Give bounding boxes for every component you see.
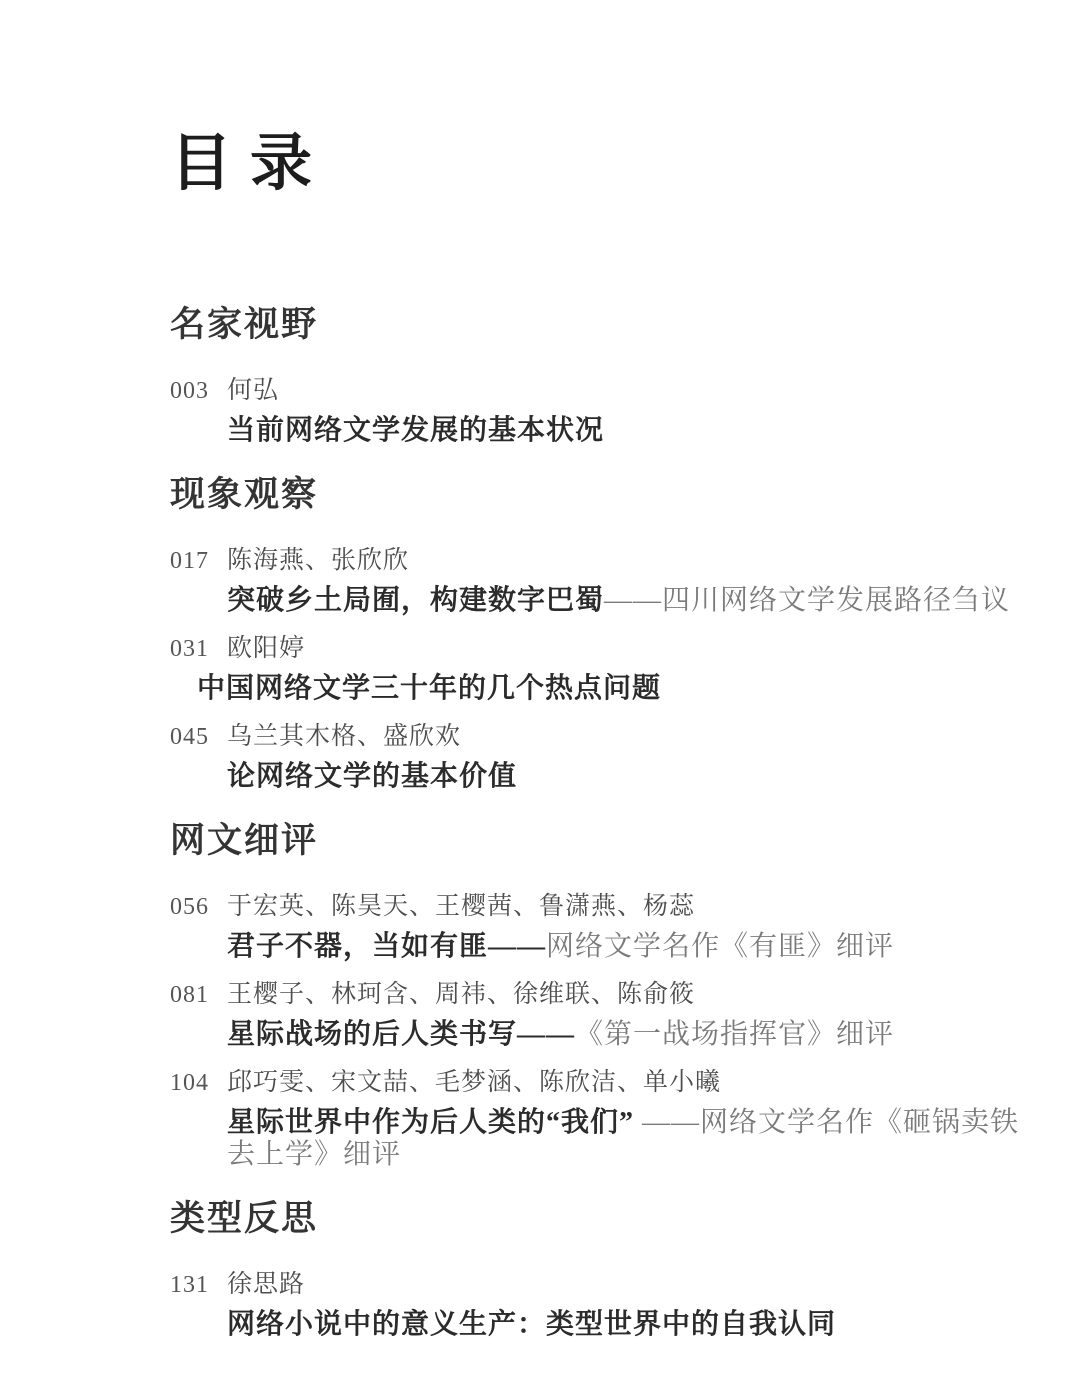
entry-title: 当前网络文学发展的基本状况 [170, 415, 1020, 447]
section-heading: 名家视野 [170, 305, 1020, 345]
toc-section-wangwen-xiping: 网文细评 056于宏英、陈昊天、王樱茜、鲁潇燕、杨蕊 君子不器，当如有匪——网络… [170, 821, 1020, 1171]
entry-head: 003何弘 [170, 376, 1020, 406]
toc-section-leixing-fansi: 类型反思 131徐思路 网络小说中的意义生产：类型世界中的自我认同 [170, 1199, 1020, 1341]
entry-page-number: 081 [170, 980, 227, 1010]
section-heading: 网文细评 [170, 821, 1020, 861]
entry-page-number: 017 [170, 546, 227, 576]
entry-title-main: 突破乡土局囿，构建数字巴蜀 [227, 585, 604, 616]
entry-title-main: 论网络文学的基本价值 [227, 761, 517, 792]
toc-page: 目录 名家视野 003何弘 当前网络文学发展的基本状况 现象观察 017陈海燕、… [0, 0, 1080, 1384]
section-heading: 类型反思 [170, 1199, 1020, 1239]
entry-title-subtitle: 网络文学名作《有匪》细评 [546, 931, 894, 962]
entry-page-number: 104 [170, 1068, 227, 1098]
entry-title: 星际世界中作为后人类的“我们” ——网络文学名作《砸锅卖铁去上学》细评 [170, 1107, 1020, 1171]
entry-authors: 王樱子、林珂含、周祎、徐维联、陈俞筱 [227, 981, 695, 1008]
entry-authors: 欧阳婷 [227, 635, 305, 662]
entry-page-number: 045 [170, 722, 227, 752]
toc-entry: 131徐思路 网络小说中的意义生产：类型世界中的自我认同 [170, 1270, 1020, 1341]
entry-title-main: 中国网络文学三十年的几个热点问题 [197, 673, 661, 704]
entry-title: 中国网络文学三十年的几个热点问题 [170, 673, 1020, 705]
page-title: 目录 [170, 128, 1020, 200]
entry-head: 081王樱子、林珂含、周祎、徐维联、陈俞筱 [170, 980, 1020, 1010]
entry-head: 056于宏英、陈昊天、王樱茜、鲁潇燕、杨蕊 [170, 892, 1020, 922]
entry-page-number: 003 [170, 376, 227, 406]
entry-title: 君子不器，当如有匪——网络文学名作《有匪》细评 [170, 931, 1020, 963]
entry-authors: 徐思路 [227, 1271, 305, 1298]
entry-page-number: 031 [170, 634, 227, 664]
entry-head: 031欧阳婷 [170, 634, 1020, 664]
toc-entry: 104邱巧雯、宋文喆、毛梦涵、陈欣洁、单小曦 星际世界中作为后人类的“我们” —… [170, 1068, 1020, 1171]
entry-title-main: 星际战场的后人类书写—— [227, 1019, 575, 1050]
entry-authors: 陈海燕、张欣欣 [227, 547, 409, 574]
entry-head: 045乌兰其木格、盛欣欢 [170, 722, 1020, 752]
entry-title-main: 网络小说中的意义生产：类型世界中的自我认同 [227, 1309, 836, 1340]
toc-entry: 017陈海燕、张欣欣 突破乡土局囿，构建数字巴蜀——四川网络文学发展路径刍议 [170, 546, 1020, 617]
toc-entry: 031欧阳婷 中国网络文学三十年的几个热点问题 [170, 634, 1020, 705]
toc-entry: 003何弘 当前网络文学发展的基本状况 [170, 376, 1020, 447]
entry-title: 星际战场的后人类书写——《第一战场指挥官》细评 [170, 1019, 1020, 1051]
entry-title-subtitle: ——四川网络文学发展路径刍议 [604, 585, 1010, 616]
entry-authors: 邱巧雯、宋文喆、毛梦涵、陈欣洁、单小曦 [227, 1069, 721, 1096]
entry-title-subtitle: 《第一战场指挥官》细评 [575, 1019, 894, 1050]
toc-entry: 045乌兰其木格、盛欣欢 论网络文学的基本价值 [170, 722, 1020, 793]
entry-head: 017陈海燕、张欣欣 [170, 546, 1020, 576]
entry-authors: 乌兰其木格、盛欣欢 [227, 723, 461, 750]
toc-entry: 056于宏英、陈昊天、王樱茜、鲁潇燕、杨蕊 君子不器，当如有匪——网络文学名作《… [170, 892, 1020, 963]
entry-title: 突破乡土局囿，构建数字巴蜀——四川网络文学发展路径刍议 [170, 585, 1020, 617]
entry-head: 104邱巧雯、宋文喆、毛梦涵、陈欣洁、单小曦 [170, 1068, 1020, 1098]
entry-title-main: 当前网络文学发展的基本状况 [227, 415, 604, 446]
entry-page-number: 131 [170, 1270, 227, 1300]
toc-section-xianxiang-guancha: 现象观察 017陈海燕、张欣欣 突破乡土局囿，构建数字巴蜀——四川网络文学发展路… [170, 475, 1020, 793]
entry-head: 131徐思路 [170, 1270, 1020, 1300]
entry-authors: 何弘 [227, 377, 279, 404]
entry-title: 网络小说中的意义生产：类型世界中的自我认同 [170, 1309, 1020, 1341]
entry-title-main: 君子不器，当如有匪—— [227, 931, 546, 962]
entry-page-number: 056 [170, 892, 227, 922]
toc-section-mingjia-shiye: 名家视野 003何弘 当前网络文学发展的基本状况 [170, 305, 1020, 447]
entry-title: 论网络文学的基本价值 [170, 761, 1020, 793]
section-heading: 现象观察 [170, 475, 1020, 515]
toc-entry: 081王樱子、林珂含、周祎、徐维联、陈俞筱 星际战场的后人类书写——《第一战场指… [170, 980, 1020, 1051]
entry-authors: 于宏英、陈昊天、王樱茜、鲁潇燕、杨蕊 [227, 893, 695, 920]
entry-title-main: 星际世界中作为后人类的“我们” [227, 1107, 642, 1138]
